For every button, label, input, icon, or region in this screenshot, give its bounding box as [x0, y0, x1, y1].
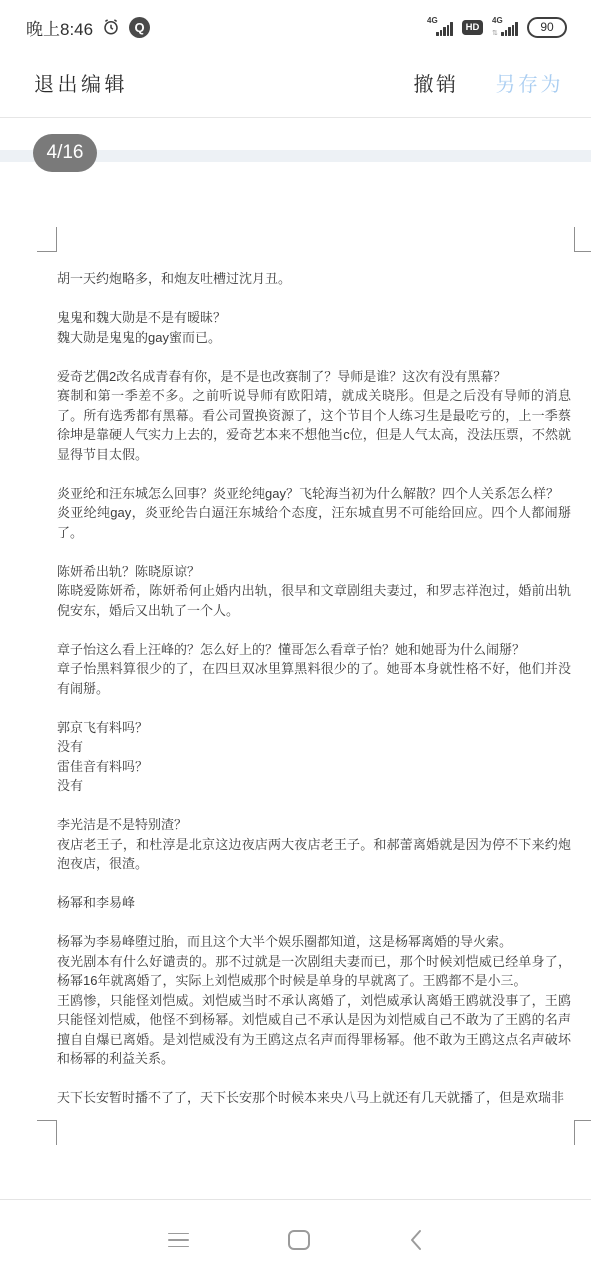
- paragraph: 杨幂和李易峰: [57, 893, 571, 913]
- save-as-button[interactable]: 另存为: [496, 68, 564, 97]
- paragraph: 郭京飞有料吗？: [57, 718, 571, 738]
- paragraph: 炎亚纶和汪东城怎么回事？炎亚纶纯gay？飞轮海当初为什么解散？四个人关系怎么样？: [57, 484, 571, 504]
- paragraph: 没有: [57, 737, 571, 757]
- paragraph: 炎亚纶纯gay，炎亚纶告白逼汪东城给个态度，汪东城直男不可能给回应。四个人都闹掰…: [57, 503, 571, 542]
- blank-line: [57, 620, 571, 640]
- notification-app-icon: Q: [129, 17, 150, 38]
- recents-menu-icon[interactable]: [168, 1233, 189, 1248]
- battery-icon: 90: [527, 17, 567, 38]
- text-boundary-corner-bottom-right: [574, 1120, 591, 1145]
- undo-button[interactable]: 撤销: [414, 68, 459, 97]
- text-boundary-corner-top-right: [574, 227, 591, 252]
- paragraph: 王鸥惨，只能怪刘恺威。刘恺威当时不承认离婚了，刘恺威承认离婚王鸥就没事了，王鸥只…: [57, 991, 571, 1069]
- status-bar-right: 4G HD 4G ⇅ 90: [427, 17, 567, 38]
- paragraph: 魏大勋是鬼鬼的gay蜜而已。: [57, 328, 571, 348]
- sim2-signal-icon: 4G ⇅: [492, 17, 518, 38]
- paragraph: 杨幂为李易峰堕过胎，而且这个大半个娱乐圈都知道，这是杨幂离婚的导火索。: [57, 932, 571, 952]
- volte-hd-icon: HD: [462, 20, 483, 35]
- blank-line: [57, 796, 571, 816]
- blank-line: [57, 698, 571, 718]
- paragraph: 赛制和第一季差不多。之前听说导师有欧阳靖，就成关晓彤。但是之后没有导师的消息了。…: [57, 386, 571, 464]
- paragraph: 夜光剧本有什么好谴责的。那不过就是一次剧组夫妻而已，那个时候刘恺威已经单身了，杨…: [57, 952, 571, 991]
- data-arrows-icon: ⇅: [492, 30, 498, 37]
- blank-line: [57, 542, 571, 562]
- editor-toolbar: 退出编辑 撤销 另存为: [0, 48, 591, 118]
- paragraph: 李光洁是不是特别渣？: [57, 815, 571, 835]
- exit-edit-button[interactable]: 退出编辑: [34, 68, 128, 97]
- paragraph: 胡一天约炮略多，和炮友吐槽过沈月丑。: [57, 269, 571, 289]
- text-boundary-corner-top-left: [37, 227, 57, 252]
- text-boundary-corner-bottom-left: [37, 1120, 57, 1145]
- system-nav-bar: [0, 1199, 591, 1280]
- paragraph: 雷佳音有料吗？: [57, 757, 571, 777]
- status-bar-left: 晚上8:46 Q: [26, 15, 150, 40]
- alarm-clock-icon: [102, 18, 120, 36]
- clock-time: 晚上8:46: [26, 15, 93, 40]
- status-bar: 晚上8:46 Q 4G HD 4G ⇅ 90: [0, 0, 591, 48]
- paragraph: 章子怡黑料算很少的了，在四旦双冰里算黑料很少的了。她哥本身就性格不好，他们并没有…: [57, 659, 571, 698]
- blank-line: [57, 1069, 571, 1089]
- paragraph: 章子怡这么看上汪峰的？怎么好上的？懂哥怎么看章子怡？她和她哥为什么闹掰？: [57, 640, 571, 660]
- blank-line: [57, 464, 571, 484]
- blank-line: [57, 347, 571, 367]
- paragraph: 天下长安暂时播不了了，天下长安那个时候本来央八马上就还有几天就播了，但是欢瑞非: [57, 1088, 571, 1108]
- paragraph: 陈妍希出轨？陈晓原谅？: [57, 562, 571, 582]
- document-canvas[interactable]: 4/16 胡一天约炮略多，和炮友吐槽过沈月丑。鬼鬼和魏大勋是不是有暧昧？魏大勋是…: [0, 119, 591, 1199]
- sim1-signal-icon: 4G: [427, 17, 453, 38]
- paragraph: 鬼鬼和魏大勋是不是有暧昧？: [57, 308, 571, 328]
- paragraph: 爱奇艺偶2改名成青春有你，是不是也改赛制了？导师是谁？这次有没有黑幕？: [57, 367, 571, 387]
- phone-screen: 晚上8:46 Q 4G HD 4G ⇅ 90 退出编辑: [0, 0, 591, 1280]
- paragraph: 夜店老王子，和杜淳是北京这边夜店两大夜店老王子。和郝蕾离婚就是因为停不下来约炮泡…: [57, 835, 571, 874]
- blank-line: [57, 289, 571, 309]
- page-number-badge: 4/16: [33, 134, 97, 172]
- blank-line: [57, 874, 571, 894]
- blank-line: [57, 913, 571, 933]
- document-text[interactable]: 胡一天约炮略多，和炮友吐槽过沈月丑。鬼鬼和魏大勋是不是有暧昧？魏大勋是鬼鬼的ga…: [57, 269, 571, 1108]
- paragraph: 没有: [57, 776, 571, 796]
- back-chevron-icon[interactable]: [409, 1229, 423, 1251]
- home-icon[interactable]: [288, 1230, 310, 1250]
- paragraph: 陈晓爱陈妍希，陈妍希何止婚内出轨，很早和文章剧组夫妻过，和罗志祥泡过，婚前出轨倪…: [57, 581, 571, 620]
